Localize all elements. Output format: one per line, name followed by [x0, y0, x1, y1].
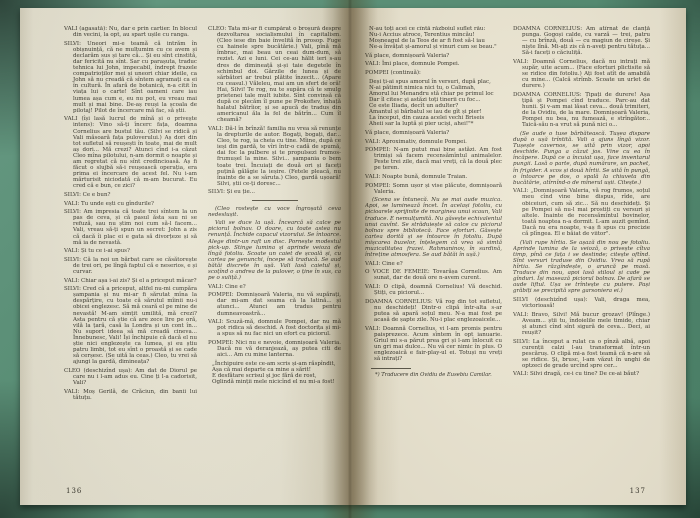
- paragraph: VALI: Chiar așa i-ai zis? Și el a pricep…: [64, 278, 197, 284]
- paragraph: Vă place, domnișoară Valeria?: [365, 130, 502, 136]
- paragraph: VALI: „Domnișoară Valeria, vă rog frumos…: [513, 188, 650, 237]
- paragraph: N-au toți acei ce cîntă războiul suflet …: [365, 26, 502, 50]
- paragraph: (Se aude o tuse bărbătească. Tușea dispa…: [513, 131, 650, 186]
- paragraph: CLEO: Tata mi-ar fi cumpărat o broșură d…: [208, 26, 341, 124]
- separator-rule: [252, 200, 298, 201]
- paragraph: (Scena se întunecă. Nu se mai aude muzic…: [365, 197, 502, 258]
- left-page-column-1: VALI (agasată): Nu, dar e prin cartier. …: [64, 26, 197, 477]
- paragraph: (Vali rupe hîrtia. Se așază din nou pe f…: [513, 240, 650, 295]
- paragraph: CLEO (deschizînd ușa): Am dat de Diorul …: [64, 368, 197, 386]
- right-page-column-1: N-au toți acei ce cîntă războiul suflet …: [365, 26, 502, 477]
- paragraph: VALI: Cine e?: [208, 284, 341, 290]
- paragraph: VALI: Moș Gerilă, de Crăciun, din banii …: [64, 389, 197, 401]
- paragraph: SILVI (deschizînd ușa): Vali, draga mea,…: [513, 297, 650, 309]
- paragraph: VALI: Doamnă Cornelius, dacă nu intrați …: [513, 59, 650, 89]
- paragraph: Vali se duce la ușă. Încearcă să calce p…: [208, 220, 341, 281]
- paragraph: POMPEI (continuă):: [365, 70, 502, 76]
- paragraph: POMPEI: Somn ușor și vise plăcute, domni…: [365, 183, 502, 195]
- paragraph: VALI: Dă-l în brînză! familia nu vrea să…: [208, 126, 341, 187]
- book-photo: VALI (agasată): Nu, dar e prin cartier. …: [0, 0, 700, 518]
- paragraph: SILVI: Uneori mi-e teamă că intrăm în ob…: [64, 41, 197, 114]
- page-number-left: 136: [66, 487, 82, 495]
- paragraph: VALI: Scuză-mă, domnule Pompei, dar nu m…: [208, 319, 341, 337]
- paragraph: DOAMNA CORNELIUS: Am atîrnat de clanță p…: [513, 26, 650, 56]
- separator-rule: [371, 368, 411, 369]
- paragraph: VALI (agasată): Nu, dar e prin cartier. …: [64, 26, 197, 38]
- paragraph: DOAMNA CORNELIUS: Țipați de durere! Așa …: [513, 92, 650, 129]
- paragraph: DOAMNA CORNELIUS: Vă rog din tot sufletu…: [365, 299, 502, 323]
- page-left: VALI (agasată): Nu, dar e prin cartier. …: [20, 8, 353, 505]
- paragraph: POMPEI: N-am putut mai bine astăzi. Am f…: [365, 147, 502, 171]
- paragraph: VALI: Și tu ce i-ai spus?: [64, 248, 197, 254]
- paragraph: VALI: Noapte bună, domnule Traian.: [365, 174, 502, 180]
- paragraph: SILVI: Am impresia că toate trei sîntem …: [64, 209, 197, 246]
- paragraph: SILVI: Și eu ție...: [208, 189, 341, 195]
- paragraph: VALI: O clipă, doamnă Cornelius! Vă desc…: [365, 284, 502, 296]
- paragraph: POMPEI: Domnișoară Valeria, nu vă supăra…: [208, 292, 341, 316]
- paragraph: SILVI: Că la noi un bărbat care se căsăt…: [64, 257, 197, 275]
- paragraph: VALI: Silvi dragă, ce-i cu tine? De ce-a…: [513, 371, 650, 377]
- page-left-body: VALI (agasată): Nu, dar e prin cartier. …: [64, 26, 341, 477]
- right-page-column-2: DOAMNA CORNELIUS: Am atîrnat de clanță p…: [513, 26, 650, 477]
- paragraph: VALI: Îmi place, domnule Pompei.: [365, 61, 502, 67]
- paragraph: VALI: Cine e?: [365, 261, 502, 267]
- paragraph: O VOCE DE FEMEIE: Tovarășa Cornelius. Am…: [365, 269, 502, 281]
- paragraph: (Cleo rostește cu voce îngroșată ceva ne…: [208, 206, 341, 218]
- page-right-body: N-au toți acei ce cîntă războiul suflet …: [365, 26, 650, 477]
- paragraph: POMPEI: Nici nu e nevoie, domnișoară Val…: [208, 340, 341, 358]
- paragraph: VALI: Bravo, Silvi! Mă bucur grozav! (Pl…: [513, 312, 650, 336]
- paragraph: SILVI: La început a rulat ca o pînză alb…: [513, 339, 650, 369]
- paragraph: VALI (își lasă lucrul de mînă și o prive…: [64, 116, 197, 189]
- paragraph: VALI: Doamnă Cornelius, vi l-am promis p…: [365, 326, 502, 363]
- paragraph: SILVI: Ce e bun?: [64, 192, 197, 198]
- page-right: N-au toți acei ce cîntă războiul suflet …: [353, 8, 686, 505]
- paragraph: VALI: Aproximativ, domnule Pompei.: [365, 139, 502, 145]
- paragraph: Deși ți-ai spus amorul în versuri, după …: [365, 79, 502, 128]
- paragraph: SILVI: Cred că a priceput, altfel nu-mi …: [64, 286, 197, 365]
- paragraph: *) Traducere din Ovidiu de Eusebiu Camil…: [365, 372, 502, 378]
- paragraph: VALI: Tu unde ești cu gîndurile?: [64, 201, 197, 207]
- page-number-right: 137: [630, 487, 646, 495]
- left-page-column-2: CLEO: Tata mi-ar fi cumpărat o broșură d…: [208, 26, 341, 477]
- paragraph: „Închipuire este ce-am scris și-am răspî…: [208, 361, 341, 385]
- paragraph: Vă place, domnișoară Valeria?: [365, 53, 502, 59]
- book-spread: VALI (agasată): Nu, dar e prin cartier. …: [20, 8, 686, 505]
